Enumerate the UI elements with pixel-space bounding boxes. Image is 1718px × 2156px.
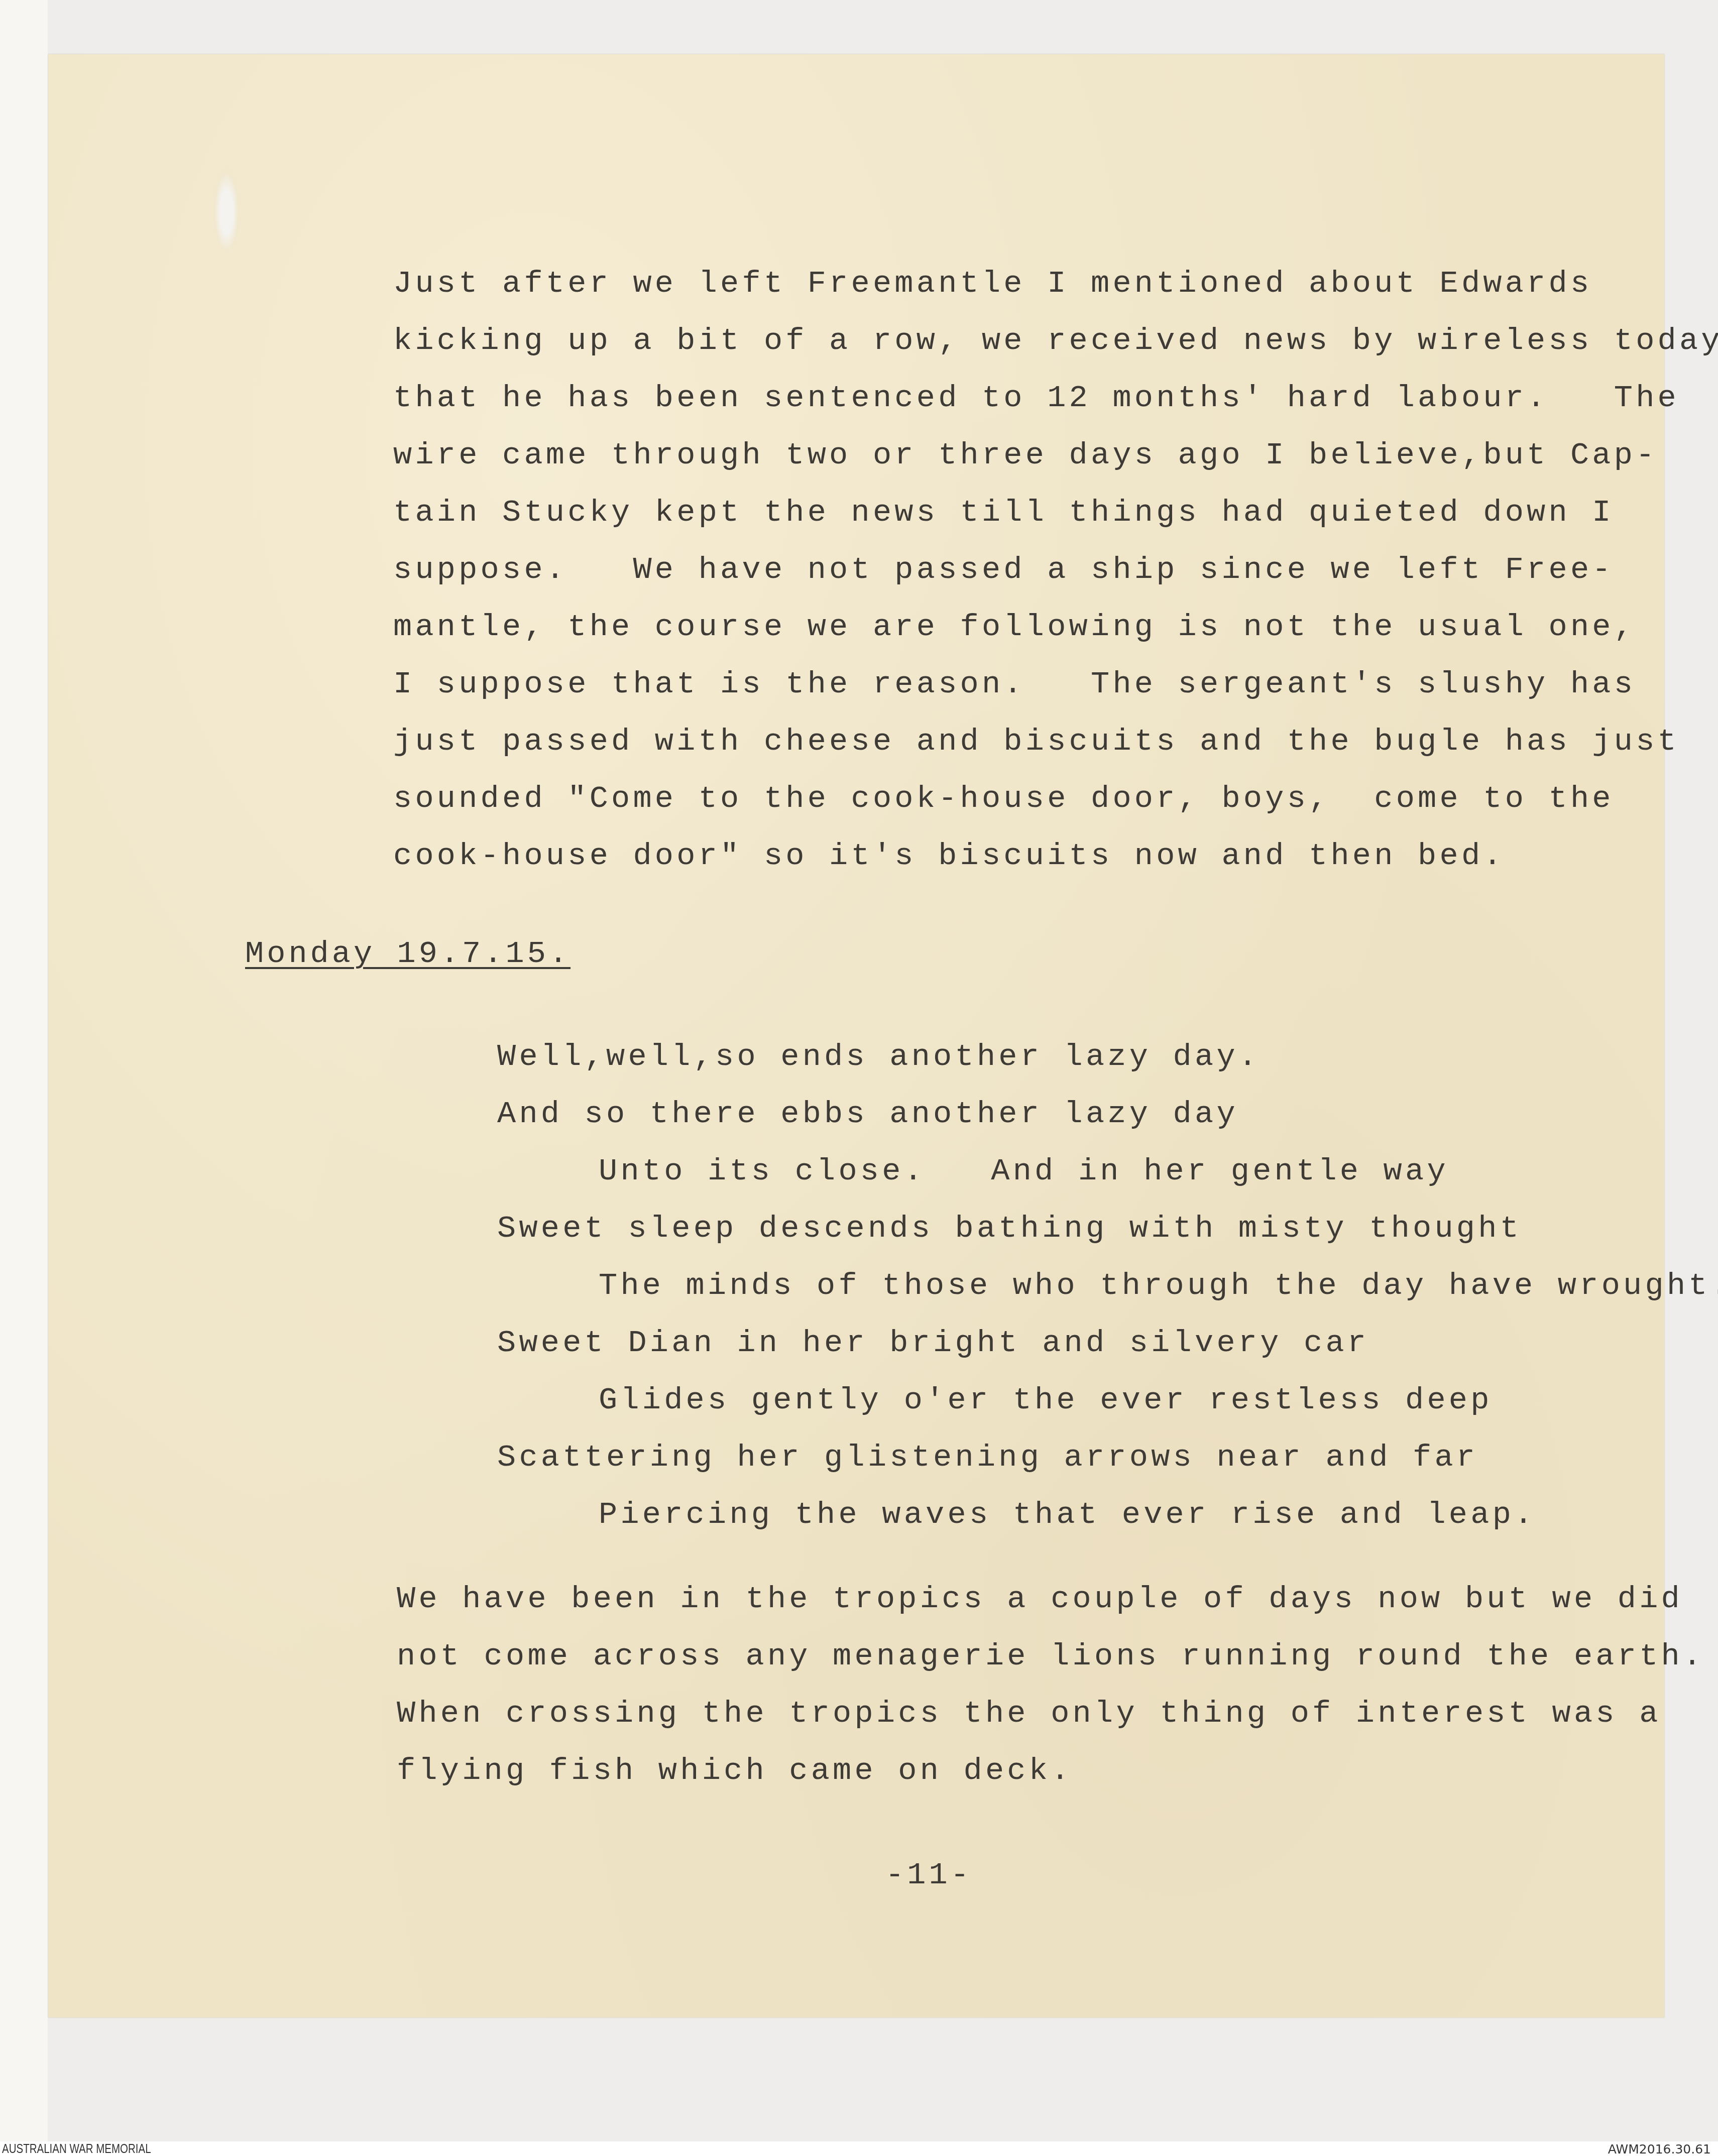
date-heading: Monday 19.7.15. [245,936,570,972]
paragraph-1-line: Just after we left Freemantle I mentione… [393,266,1592,301]
paragraph-1-line: sounded "Come to the cook-house door, bo… [393,781,1614,816]
paragraph-2-line: not come across any menagerie lions runn… [397,1639,1704,1674]
paragraph-2-line: flying fish which came on deck. [397,1753,1073,1788]
poem-line: Sweet Dian in her bright and silvery car [497,1326,1369,1361]
poem-line: Unto its close. And in her gentle way [599,1154,1449,1189]
poem-line: Scattering her glistening arrows near an… [497,1440,1478,1475]
paragraph-1-line: cook-house door" so it's biscuits now an… [393,839,1505,874]
poem-line: Glides gently o'er the ever restless dee… [599,1383,1493,1418]
paragraph-2-line: We have been in the tropics a couple of … [397,1582,1683,1617]
poem-line: And so there ebbs another lazy day [497,1097,1238,1132]
poem-line: Sweet sleep descends bathing with misty … [497,1211,1522,1246]
paragraph-1-line: suppose. We have not passed a ship since… [393,552,1614,587]
paragraph-1-line: just passed with cheese and biscuits and… [393,724,1679,759]
paragraph-2-line: When crossing the tropics the only thing… [397,1696,1661,1731]
paragraph-1-line: wire came through two or three days ago … [393,438,1658,473]
poem-line: The minds of those who through the day h… [599,1268,1718,1303]
paragraph-1-line: tain Stucky kept the news till things ha… [393,495,1614,530]
paragraph-1-line: I suppose that is the reason. The sergea… [393,667,1636,702]
accession-number: AWM2016.30.61 [1608,2142,1711,2156]
paragraph-1-line: that he has been sentenced to 12 months'… [393,381,1679,416]
institution-caption: AUSTRALIAN WAR MEMORIAL [2,2142,151,2156]
page-text: Just after we left Freemantle I mentione… [0,0,1718,998]
page-number: -11- [885,1858,972,1893]
caption-strip [0,2141,1718,2156]
poem-line: Piercing the waves that ever rise and le… [599,1497,1536,1532]
intro-line: Well,well,so ends another lazy day. [497,1039,1260,1074]
paragraph-1-line: mantle, the course we are following is n… [393,610,1636,645]
paragraph-1-line: kicking up a bit of a row, we received n… [393,323,1718,358]
